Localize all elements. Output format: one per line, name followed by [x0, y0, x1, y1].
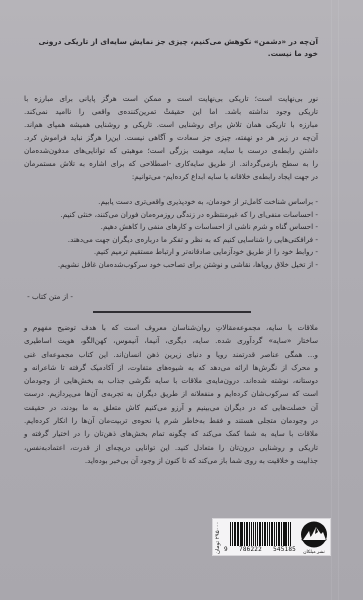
intro-line: در جهت ایجاد رابطه‌ی خلاقانه با سایه ابد… [24, 170, 318, 183]
benefit-item: - روابط خود را از طریق خودآزمایی صادقانه… [24, 246, 318, 259]
publisher-logo: نشر میلکان [300, 521, 328, 555]
scan-artifact [338, 0, 339, 600]
benefit-item: - احساس گناه و شرم ناشی از احساسات و کار… [24, 221, 318, 234]
intro-line: نور بی‌نهایت است؛ تاریکی بی‌نهایت است و … [24, 92, 318, 105]
benefit-item: - از تخیل خلاق رویاها، نقاشی و نوشتن برا… [24, 259, 318, 272]
description-line: و... همگی عناصر قدرتمند رویا و دنیای زیر… [24, 348, 318, 361]
intro-line: را به سطح بازمی‌گرداند. از طریق سایه‌کار… [24, 157, 318, 170]
benefit-item: - فرافکنی‌هایی را شناسایی کنیم که به نظر… [24, 234, 318, 247]
publisher-name: نشر میلکان [300, 550, 328, 555]
description-paragraph: ملاقات با سایه، مجموعه‌مقالاتِ روان‌شناس… [24, 321, 318, 467]
benefits-list: - براساس شناخت کامل‌تر از خودمان، به خود… [24, 196, 318, 272]
epigraph: آن‌چه در «دشمن» نکوهش می‌کنیم، چیزی جز ن… [26, 36, 318, 60]
description-line: است که سرکوب‌شان کرده‌ایم و منفعلانه از … [24, 387, 318, 400]
description-line: جذابیت و خلاقیت به روی شما باز می‌کند که… [24, 454, 318, 467]
description-line: ملاقات با سایه به شما کمک می‌کند که چگون… [24, 427, 318, 440]
description-line: ملاقات با سایه، مجموعه‌مقالاتِ روان‌شناس… [24, 321, 318, 334]
book-back-cover: آن‌چه در «دشمن» نکوهش می‌کنیم، چیزی جز ن… [0, 0, 363, 600]
isbn-group1: 786222 [239, 546, 262, 553]
mountain-logo-icon [300, 521, 328, 548]
intro-line: تاریکی وجود نداشته باشد. اما این حقیقتْ … [24, 105, 318, 118]
description-line: دوستانه، نوشته شده‌اند. درون‌مایه‌ی ملاق… [24, 374, 318, 387]
description-line: تاریکی و روشنایی درون‌تان را متعادل کنید… [24, 441, 318, 454]
barcode-icon [230, 522, 292, 546]
description-line: آن خصلت‌هایی که در دیگران می‌بینیم و آرز… [24, 401, 318, 414]
isbn-group2: 545185 [273, 546, 296, 553]
intro-paragraph: نور بی‌نهایت است؛ تاریکی بی‌نهایت است و … [24, 92, 318, 183]
benefit-item: - احساسات منفی‌ای را که غیرمنتظره در زند… [24, 209, 318, 222]
intro-line: داشتن رابطه‌ی درست با سایه، موهبت بزرگی … [24, 144, 318, 157]
description-line: ساختار «سایه» گردآوری شده. سایه، دیگری، … [24, 334, 318, 347]
benefit-item: - براساس شناخت کامل‌تر از خودمان، به خود… [24, 196, 318, 209]
isbn-prefix: 9 [224, 546, 228, 553]
price-label: ۲۹۵۰۰۰ تومان [214, 521, 223, 555]
isbn-number: 9 786222 545185 [224, 546, 296, 553]
scan-artifact [331, 0, 332, 600]
description-line: و محرک از نگرش‌ها ارائه می‌دهد که به شیو… [24, 361, 318, 374]
description-line: در وجودمان متجلی هستند و فقط به‌خاطر شرم… [24, 414, 318, 427]
source-note: - از متن کتاب - [13, 292, 73, 301]
section-divider [93, 311, 251, 313]
intro-line: مبارزه با تاریکی همان تلاش برای روشنایی … [24, 118, 318, 131]
barcode-label: ۲۹۵۰۰۰ تومان 9 786222 545185 نشر میلکان [212, 518, 331, 556]
intro-line: آن‌چه در زیر هر دو نهفته، چیزی جز سعادت … [24, 131, 318, 144]
